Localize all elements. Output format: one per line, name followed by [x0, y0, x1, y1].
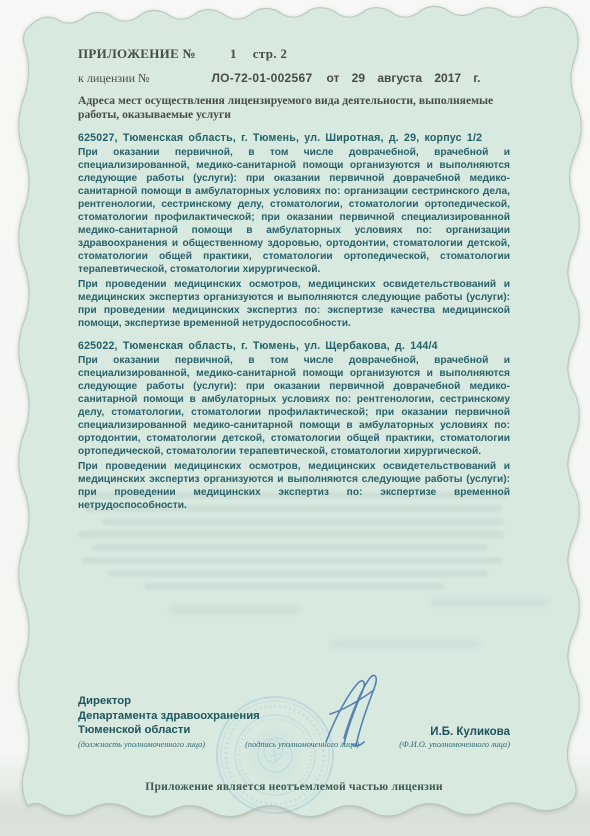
- appendix-number: 1: [230, 46, 237, 62]
- license-date: от 29 августа 2017 г.: [326, 71, 480, 85]
- address-line: 625027, Тюменская область, г. Тюмень, ул…: [78, 132, 510, 144]
- scanned-license-page: ПРИЛОЖЕНИЕ № 1 стр. 2 к лицензии № ЛО-72…: [0, 0, 590, 836]
- appendix-label: ПРИЛОЖЕНИЕ №: [78, 46, 196, 62]
- location-block-2: 625022, Тюменская область, г. Тюмень, ул…: [78, 340, 510, 512]
- signature-captions: (должность уполномоченного лица) (подпис…: [78, 740, 510, 749]
- license-reference: к лицензии № ЛО-72-01-002567 от 29 авгус…: [78, 71, 510, 86]
- document-subtitle: Адреса мест осуществления лицензируемого…: [78, 94, 510, 122]
- expertise-paragraph: При проведении медицинских осмотров, мед…: [78, 278, 510, 330]
- position-line: Тюменской области: [78, 723, 260, 738]
- caption-position: (должность уполномоченного лица): [78, 740, 205, 749]
- integral-part-note: Приложение является неотъемлемой частью …: [78, 780, 510, 793]
- location-block-1: 625027, Тюменская область, г. Тюмень, ул…: [78, 132, 510, 330]
- position-line: Директор: [78, 694, 260, 709]
- position-line: Департамента здравоохранения: [78, 709, 260, 724]
- signer-position: Директор Департамента здравоохранения Тю…: [78, 694, 260, 738]
- signature-block: Директор Департамента здравоохранения Тю…: [78, 694, 510, 738]
- license-number: ЛО-72-01-002567: [211, 71, 312, 85]
- document-body: ПРИЛОЖЕНИЕ № 1 стр. 2 к лицензии № ЛО-72…: [78, 46, 510, 793]
- appendix-header: ПРИЛОЖЕНИЕ № 1 стр. 2: [78, 46, 510, 62]
- signer-name: И.Б. Куликова: [430, 726, 510, 738]
- license-prefix: к лицензии №: [78, 71, 149, 86]
- services-paragraph: При оказании первичной, в том числе довр…: [78, 146, 510, 276]
- services-paragraph: При оказании первичной, в том числе довр…: [78, 354, 510, 458]
- caption-name: (Ф.И.О. уполномоченного лица): [399, 740, 510, 749]
- page-number-label: стр. 2: [253, 46, 287, 62]
- caption-signature: (подпись уполномоченного лица): [245, 740, 359, 749]
- expertise-paragraph: При проведении медицинских осмотров, мед…: [78, 460, 510, 512]
- address-line: 625022, Тюменская область, г. Тюмень, ул…: [78, 340, 510, 352]
- blank-area: [78, 512, 510, 694]
